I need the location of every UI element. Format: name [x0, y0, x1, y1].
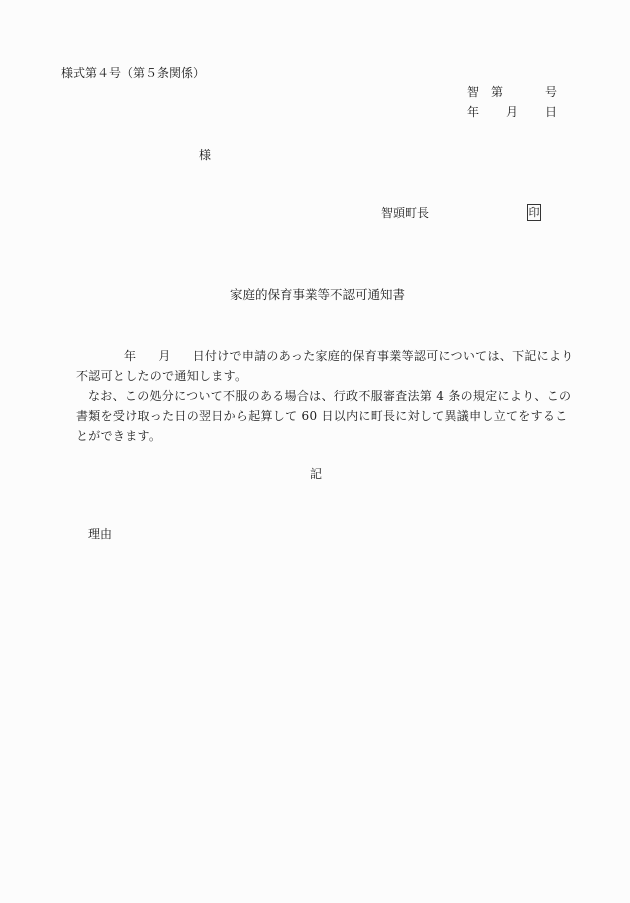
body-line-3: なお、この処分について不服のある場合は、行政不服審査法第 4 条の規定により、こ…	[76, 386, 568, 406]
form-number: 様式第４号（第５条関係）	[61, 66, 205, 80]
body-month: 月	[158, 349, 170, 363]
body-line-2: 不認可としたので通知します。	[76, 366, 568, 386]
notice-body: 年月日付けで申請のあった家庭的保育事業等認可については、下記により 不認可とした…	[76, 346, 568, 446]
reason-label: 理由	[88, 527, 112, 541]
body-line-1-text: 日付けで申請のあった家庭的保育事業等認可については、下記により	[193, 349, 574, 363]
reference-number: 智 第 号	[467, 85, 557, 99]
ki-heading: 記	[310, 467, 322, 481]
reference-dai: 第	[491, 85, 503, 99]
document-title: 家庭的保育事業等不認可通知書	[230, 288, 405, 302]
body-line-5: とができます。	[76, 426, 568, 446]
issuer-name: 智頭町長	[381, 206, 429, 220]
reference-prefix: 智	[467, 85, 479, 99]
addressee-suffix: 様	[199, 148, 211, 162]
issue-date: 年 月 日	[467, 105, 557, 119]
date-year: 年	[467, 105, 479, 119]
date-day: 日	[545, 105, 557, 119]
date-month: 月	[506, 105, 518, 119]
body-year: 年	[124, 349, 136, 363]
seal-stamp: 印	[527, 204, 541, 221]
reference-go: 号	[545, 85, 557, 99]
body-line-1: 年月日付けで申請のあった家庭的保育事業等認可については、下記により	[76, 346, 568, 366]
body-line-4: 書類を受け取った日の翌日から起算して 60 日以内に町長に対して異議申し立てをす…	[76, 406, 568, 426]
